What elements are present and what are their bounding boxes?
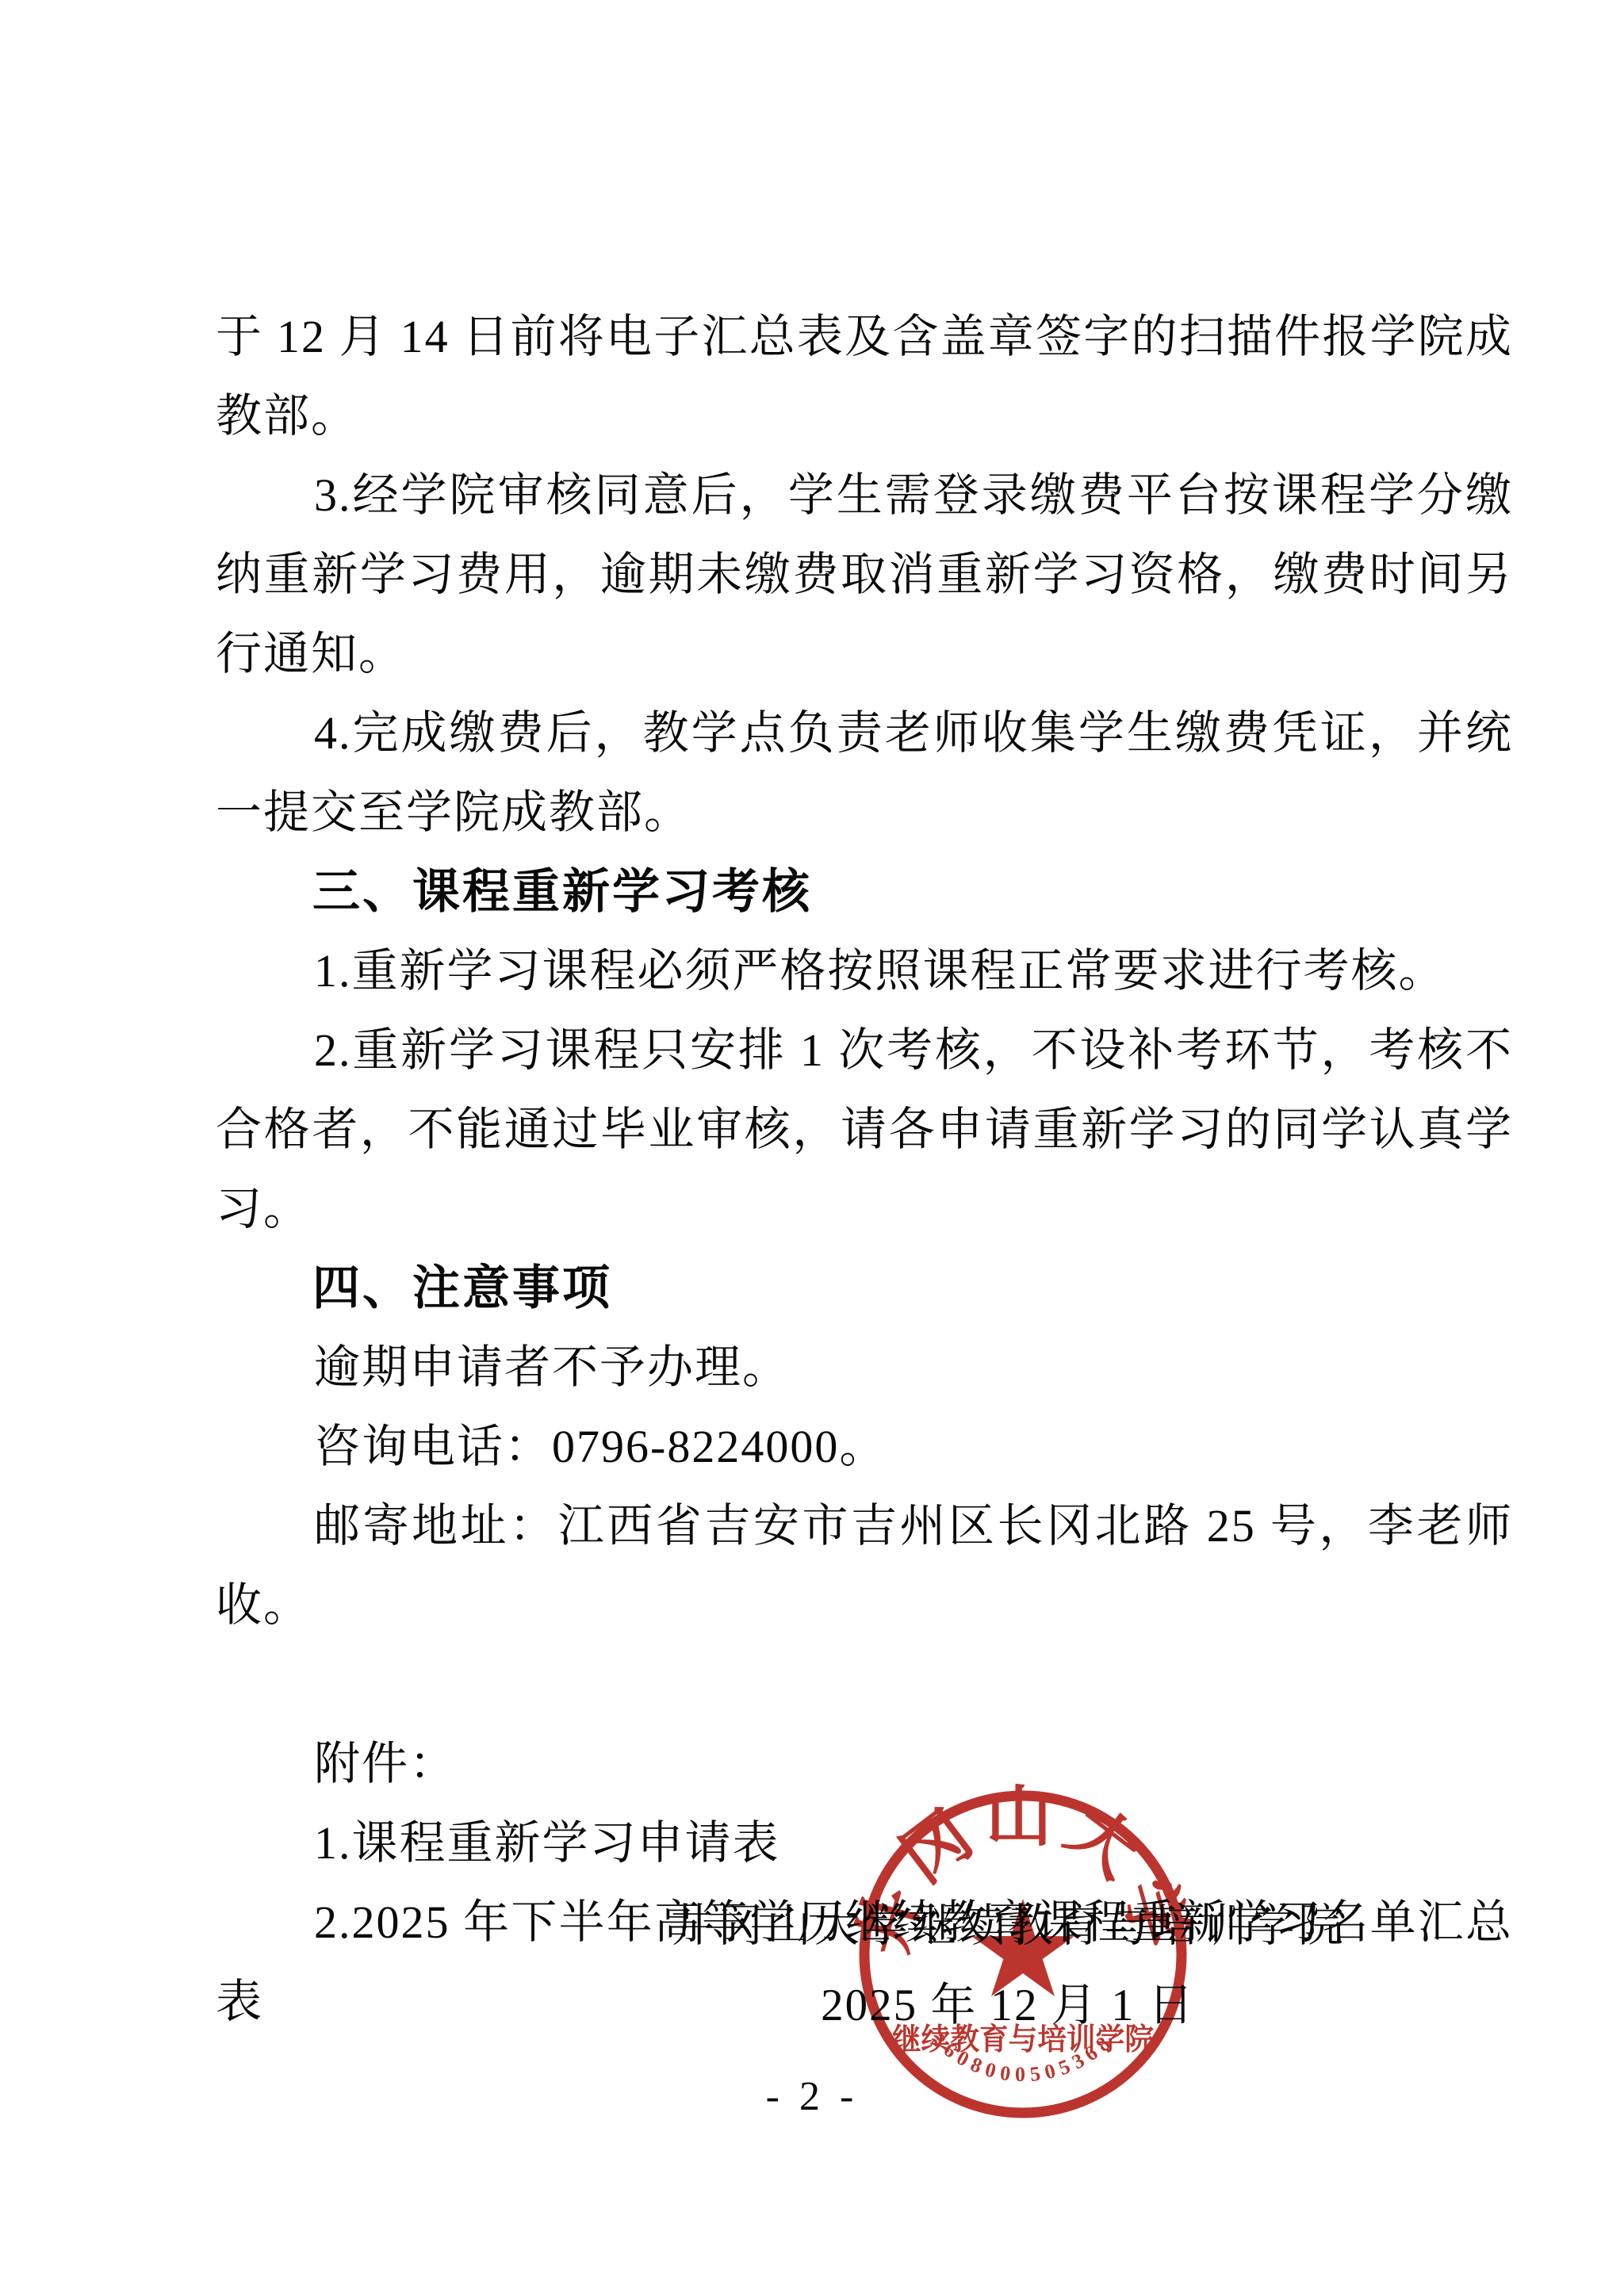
document-page: 于 12 月 14 日前将电子汇总表及含盖章签字的扫描件报学院成教部。 3.经学… — [0, 0, 1624, 2296]
blank-line — [216, 1645, 1513, 1724]
paragraph-address: 邮寄地址：江西省吉安市吉州区长冈北路 25 号，李老师收。 — [216, 1487, 1513, 1645]
paragraph-note-overdue: 逾期申请者不予办理。 — [216, 1328, 1513, 1407]
seal-star-icon — [971, 1899, 1074, 1996]
page-number: - 2 - — [0, 2069, 1624, 2125]
paragraph-step4: 4.完成缴费后，教学点负责老师收集学生缴费凭证，并统一提交至学院成教部。 — [216, 694, 1513, 852]
paragraph-step3: 3.经学院审核同意后，学生需登录缴费平台按课程学分缴纳重新学习费用，逾期未缴费取… — [216, 456, 1513, 694]
paragraph-continuation: 于 12 月 14 日前将电子汇总表及含盖章签字的扫描件报学院成教部。 — [216, 297, 1513, 456]
paragraph-exam-2: 2.重新学习课程只安排 1 次考核，不设补考环节，考核不合格者，不能通过毕业审核… — [216, 1011, 1513, 1249]
paragraph-exam-1: 1.重新学习课程必须严格按照课程正常要求进行考核。 — [216, 932, 1513, 1011]
official-seal-stamp: 井冈山大学 继续教育与培训学院 3608000505368 — [848, 1780, 1197, 2129]
paragraph-phone: 咨询电话：0796-8224000。 — [216, 1407, 1513, 1487]
seal-inner-line-text: 继续教育与培训学院 — [892, 2023, 1154, 2057]
section-heading-3: 三、课程重新学习考核 — [216, 852, 1513, 932]
section-heading-4: 四、注意事项 — [216, 1249, 1513, 1328]
